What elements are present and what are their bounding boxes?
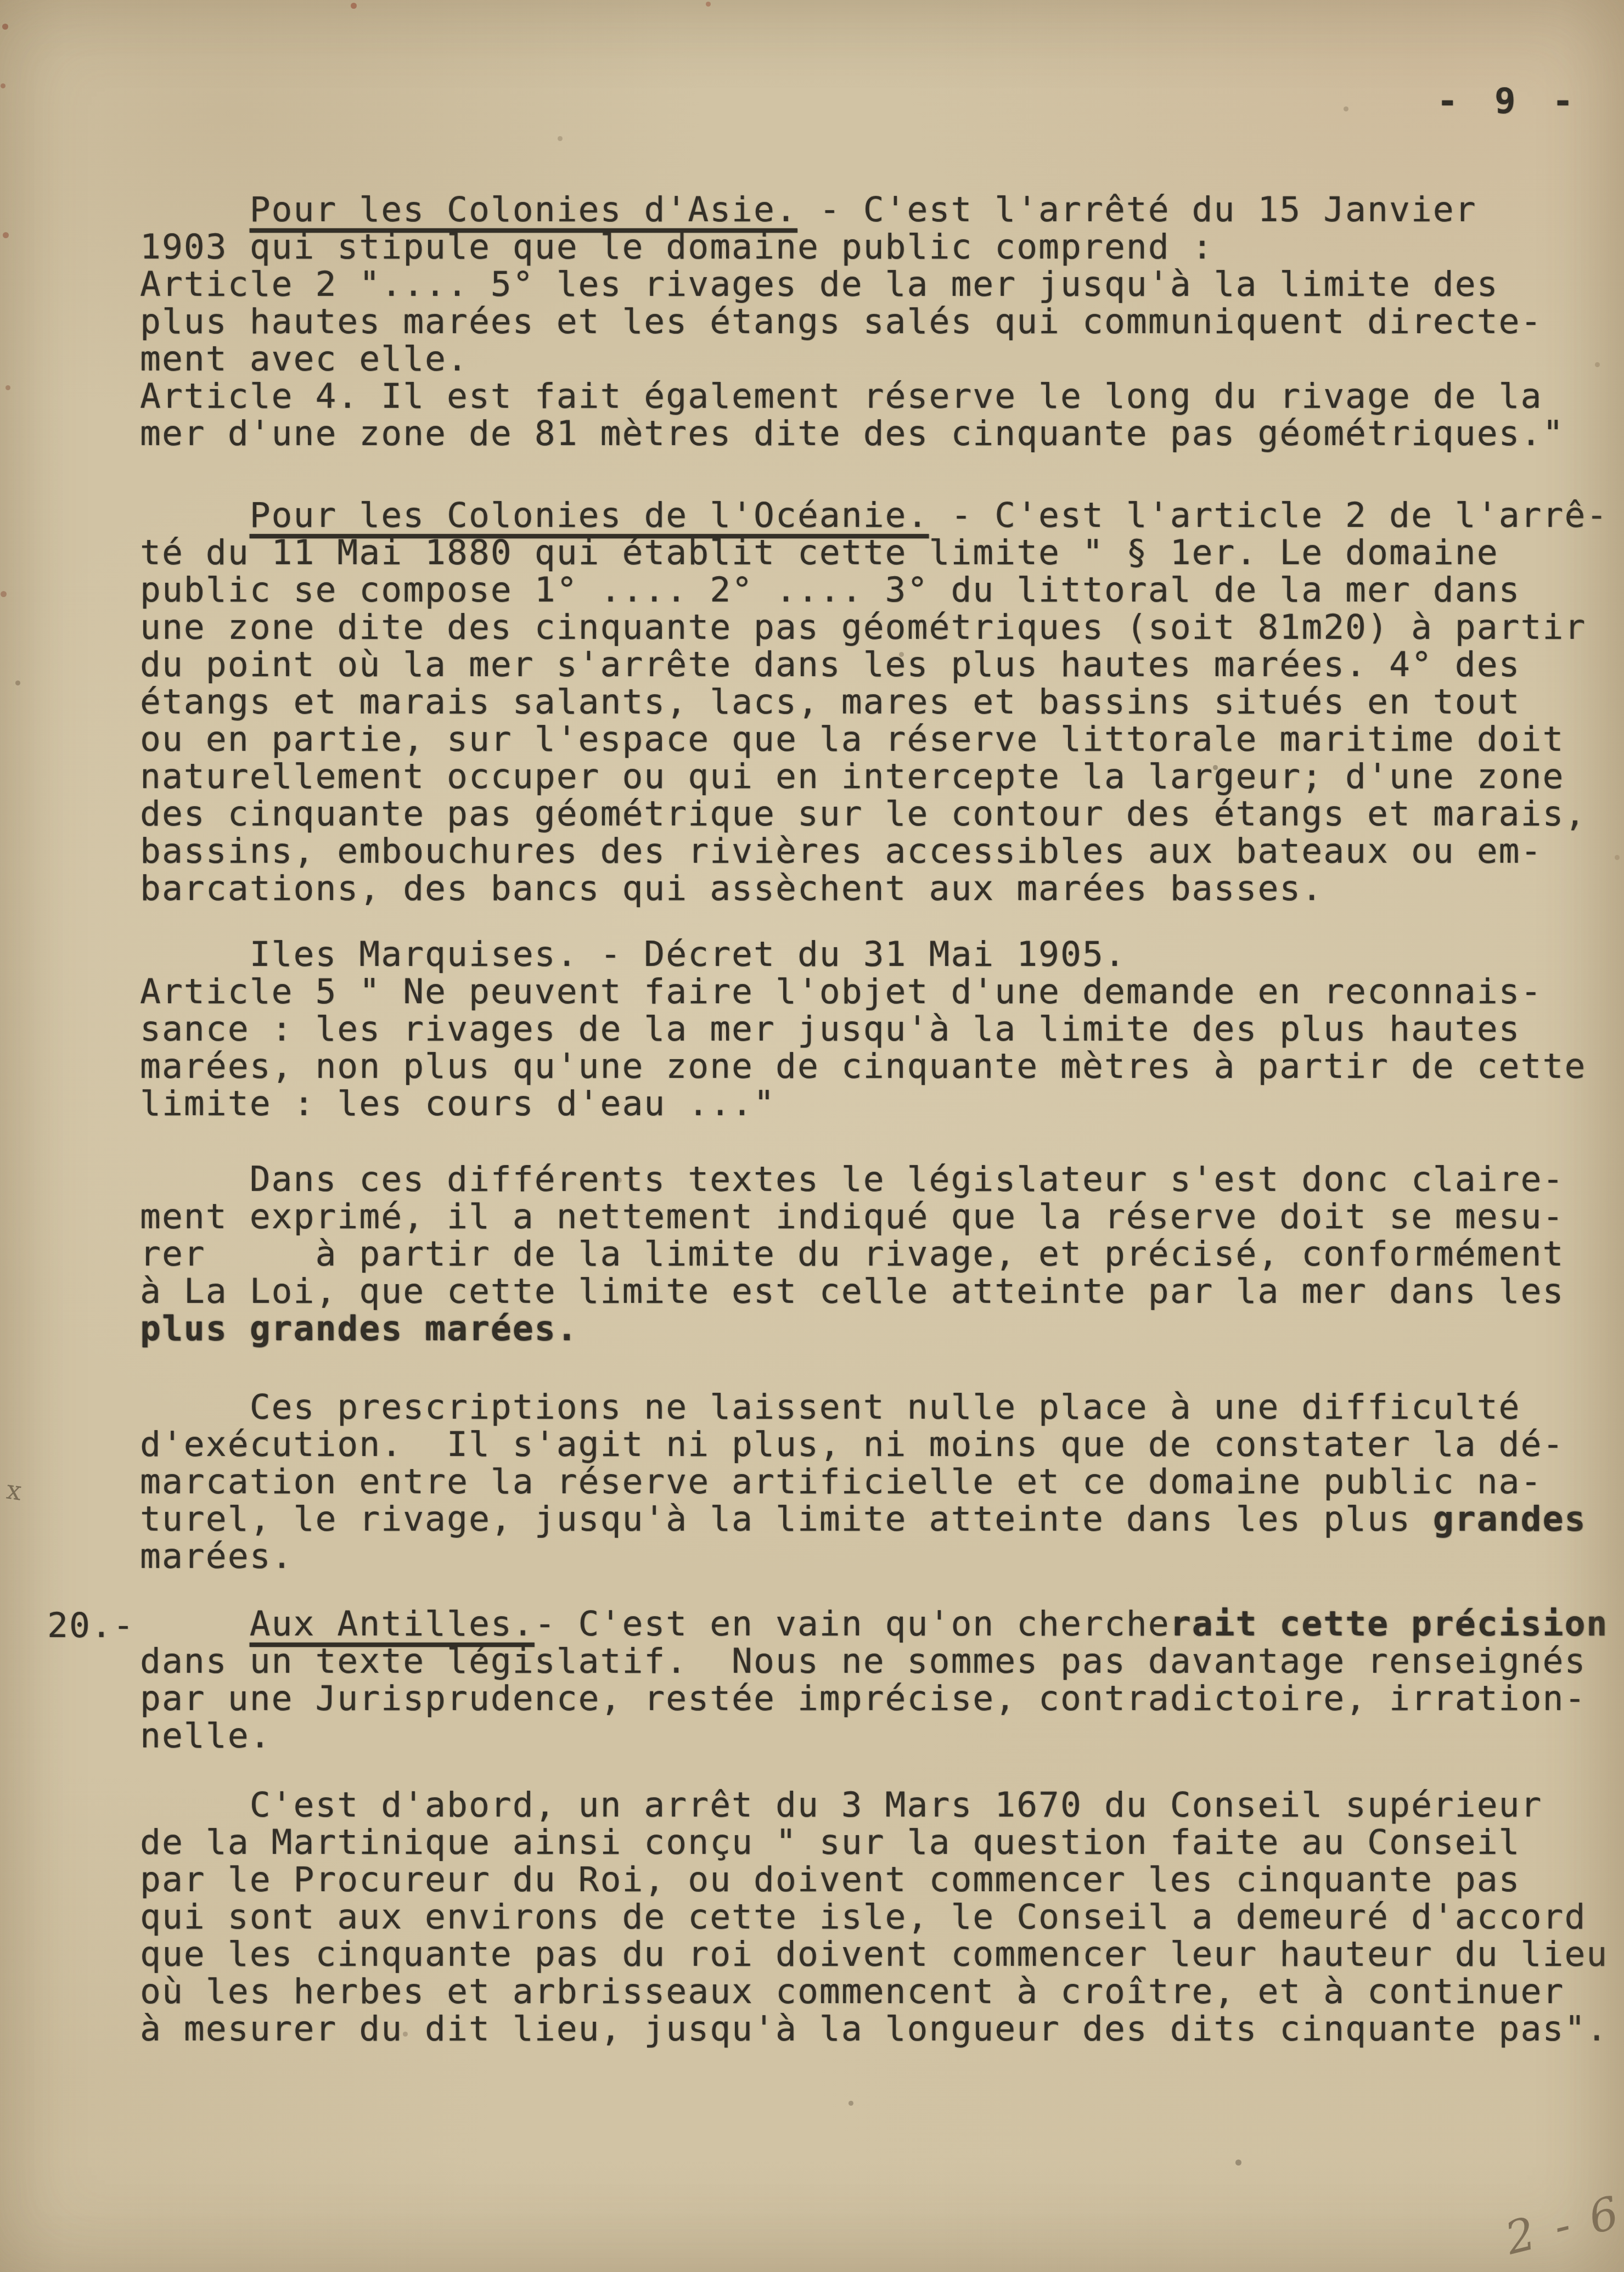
text-line: ment exprimé, il a nettement indiqué que…	[140, 1198, 1613, 1235]
overstruck-text: rait cette	[1170, 1604, 1389, 1644]
text-line: Pour les Colonies de l'Océanie. - C'est …	[140, 497, 1613, 534]
text-segment: marées, non plus qu'une zone de cinquant…	[140, 1046, 1586, 1086]
text-line: C'est d'abord, un arrêt du 3 Mars 1670 d…	[140, 1786, 1613, 1824]
overstruck-text: grandes	[1433, 1499, 1587, 1539]
text-segment	[140, 1604, 250, 1644]
text-line: plus grandes marées.	[140, 1310, 1613, 1347]
text-segment: sance : les rivages de la mer jusqu'à la…	[140, 1009, 1521, 1049]
underlined-heading: Pour les Colonies de l'Océanie.	[250, 495, 929, 535]
text-segment: Iles Marquises. - Décret du 31 Mai 1905.	[140, 934, 1126, 974]
text-line: mer d'une zone de 81 mètres dite des cin…	[140, 415, 1613, 452]
para-legislateur: Dans ces différents textes le législateu…	[140, 1161, 1613, 1347]
text-line: marées.	[140, 1538, 1613, 1575]
text-segment: des cinquante pas géométrique sur le con…	[140, 794, 1586, 834]
para-aux-antilles: Aux Antilles.- C'est en vain qu'on cherc…	[140, 1605, 1613, 1754]
text-line: Article 4. Il est fait également réserve…	[140, 378, 1613, 415]
text-segment: limite : les cours d'eau ..."	[140, 1083, 776, 1123]
text-segment: turel, le rivage, jusqu'à la limite atte…	[140, 1499, 1433, 1539]
text-line: étangs et marais salants, lacs, mares et…	[140, 683, 1613, 721]
text-segment: à La Loi, que cette limite est celle att…	[140, 1271, 1564, 1311]
text-line: 1903 qui stipule que le domaine public c…	[140, 228, 1613, 266]
document-body: Pour les Colonies d'Asie. - C'est l'arrê…	[0, 0, 1624, 2272]
para-colonies-oceanie: Pour les Colonies de l'Océanie. - C'est …	[140, 497, 1613, 907]
text-segment: marées.	[140, 1536, 294, 1576]
text-line: Aux Antilles.- C'est en vain qu'on cherc…	[140, 1605, 1613, 1643]
overstruck-text: plus grandes marées.	[140, 1308, 578, 1348]
text-line: plus hautes marées et les étangs salés q…	[140, 303, 1613, 340]
text-segment: où les herbes et arbrisseaux commencent …	[140, 1971, 1564, 2011]
text-line: Iles Marquises. - Décret du 31 Mai 1905.	[140, 936, 1613, 973]
text-segment: Article 4. Il est fait également réserve…	[140, 376, 1542, 416]
text-line: dans un texte législatif. Nous ne sommes…	[140, 1643, 1613, 1680]
underlined-heading: Aux Antilles.	[250, 1604, 535, 1644]
para-prescriptions: Ces prescriptions ne laissent nulle plac…	[140, 1388, 1613, 1575]
text-line: rer à partir de la limite du rivage, et …	[140, 1235, 1613, 1273]
text-line: où les herbes et arbrisseaux commencent …	[140, 1973, 1613, 2010]
text-segment: ou en partie, sur l'espace que la réserv…	[140, 719, 1564, 759]
para-colonies-asie: Pour les Colonies d'Asie. - C'est l'arrê…	[140, 191, 1613, 452]
text-line: barcations, des bancs qui assèchent aux …	[140, 870, 1613, 907]
text-segment: Dans ces différents textes le législateu…	[140, 1159, 1564, 1199]
text-line: à mesurer du dit lieu, jusqu'à la longue…	[140, 2010, 1613, 2048]
text-segment	[140, 495, 250, 535]
text-segment: barcations, des bancs qui assèchent aux …	[140, 868, 1323, 908]
text-segment: - C'est l'article 2 de l'arrê-	[929, 495, 1608, 535]
text-segment	[1389, 1604, 1411, 1644]
scanned-document-page: - 9 - 20.- Pour les Colonies d'Asie. - C…	[0, 0, 1624, 2272]
text-segment: par une Jurisprudence, restée imprécise,…	[140, 1678, 1586, 1718]
text-line: marcation entre la réserve artificielle …	[140, 1463, 1613, 1500]
text-segment: à mesurer du dit lieu, jusqu'à la longue…	[140, 2009, 1608, 2049]
text-segment: Article 5 " Ne peuvent faire l'objet d'u…	[140, 971, 1542, 1011]
text-segment: d'exécution. Il s'agit ni plus, ni moins…	[140, 1424, 1564, 1464]
text-segment: 1903 qui stipule que le domaine public c…	[140, 227, 1214, 267]
text-line: Dans ces différents textes le législateu…	[140, 1161, 1613, 1198]
text-line: une zone dite des cinquante pas géométri…	[140, 609, 1613, 646]
text-segment: qui sont aux environs de cette isle, le …	[140, 1897, 1586, 1937]
text-segment: C'est d'abord, un arrêt du 3 Mars 1670 d…	[140, 1785, 1542, 1825]
text-line: que les cinquante pas du roi doivent com…	[140, 1936, 1613, 1973]
text-line: turel, le rivage, jusqu'à la limite atte…	[140, 1500, 1613, 1538]
text-segment: nelle.	[140, 1716, 272, 1756]
text-segment: de la Martinique ainsi conçu " sur la qu…	[140, 1822, 1521, 1862]
text-segment: plus hautes marées et les étangs salés q…	[140, 301, 1542, 341]
text-segment: que les cinquante pas du roi doivent com…	[140, 1934, 1608, 1974]
text-segment: naturellement occuper ou qui en intercep…	[140, 756, 1564, 796]
text-line: Article 2 ".... 5° les rivages de la mer…	[140, 266, 1613, 303]
text-segment: Ces prescriptions ne laissent nulle plac…	[140, 1387, 1521, 1427]
text-segment: dans un texte législatif. Nous ne sommes…	[140, 1641, 1586, 1681]
text-line: public se compose 1° .... 2° .... 3° du …	[140, 571, 1613, 609]
text-line: té du 11 Mai 1880 qui établit cette limi…	[140, 534, 1613, 571]
overstruck-text: précision	[1411, 1604, 1608, 1644]
text-segment: du point où la mer s'arrête dans les plu…	[140, 644, 1521, 684]
text-line: de la Martinique ainsi conçu " sur la qu…	[140, 1824, 1613, 1861]
text-segment: ment exprimé, il a nettement indiqué que…	[140, 1196, 1564, 1236]
text-line: à La Loi, que cette limite est celle att…	[140, 1273, 1613, 1310]
text-line: Ces prescriptions ne laissent nulle plac…	[140, 1388, 1613, 1426]
para-iles-marquises: Iles Marquises. - Décret du 31 Mai 1905.…	[140, 936, 1613, 1122]
text-segment	[140, 189, 250, 229]
text-segment: té du 11 Mai 1880 qui établit cette limi…	[140, 532, 1499, 572]
text-line: Pour les Colonies d'Asie. - C'est l'arrê…	[140, 191, 1613, 228]
text-segment: ment avec elle.	[140, 339, 469, 379]
text-segment: rer à partir de la limite du rivage, et …	[140, 1234, 1564, 1274]
text-line: marées, non plus qu'une zone de cinquant…	[140, 1048, 1613, 1085]
text-line: nelle.	[140, 1717, 1613, 1754]
text-segment: - C'est l'arrêté du 15 Janvier	[797, 189, 1477, 229]
text-segment: public se compose 1° .... 2° .... 3° du …	[140, 570, 1521, 610]
text-line: ou en partie, sur l'espace que la réserv…	[140, 721, 1613, 758]
text-segment: bassins, embouchures des rivières access…	[140, 831, 1542, 871]
text-line: Article 5 " Ne peuvent faire l'objet d'u…	[140, 973, 1613, 1010]
text-line: naturellement occuper ou qui en intercep…	[140, 758, 1613, 795]
text-line: sance : les rivages de la mer jusqu'à la…	[140, 1010, 1613, 1048]
underlined-heading: Pour les Colonies d'Asie.	[250, 189, 797, 229]
text-segment: - C'est en vain qu'on cherche	[535, 1604, 1170, 1644]
text-segment: une zone dite des cinquante pas géométri…	[140, 607, 1586, 647]
text-segment: étangs et marais salants, lacs, mares et…	[140, 682, 1521, 722]
text-line: des cinquante pas géométrique sur le con…	[140, 795, 1613, 833]
text-segment: mer d'une zone de 81 mètres dite des cin…	[140, 413, 1564, 453]
text-line: limite : les cours d'eau ..."	[140, 1085, 1613, 1122]
text-line: qui sont aux environs de cette isle, le …	[140, 1898, 1613, 1936]
text-line: d'exécution. Il s'agit ni plus, ni moins…	[140, 1426, 1613, 1463]
text-segment: par le Procureur du Roi, ou doivent comm…	[140, 1859, 1521, 1899]
text-line: par le Procureur du Roi, ou doivent comm…	[140, 1861, 1613, 1898]
text-segment: marcation entre la réserve artificielle …	[140, 1461, 1542, 1501]
para-martinique: C'est d'abord, un arrêt du 3 Mars 1670 d…	[140, 1786, 1613, 2048]
text-line: par une Jurisprudence, restée imprécise,…	[140, 1680, 1613, 1717]
text-line: bassins, embouchures des rivières access…	[140, 833, 1613, 870]
text-line: ment avec elle.	[140, 340, 1613, 378]
text-segment: Article 2 ".... 5° les rivages de la mer…	[140, 264, 1499, 304]
text-line: du point où la mer s'arrête dans les plu…	[140, 646, 1613, 683]
